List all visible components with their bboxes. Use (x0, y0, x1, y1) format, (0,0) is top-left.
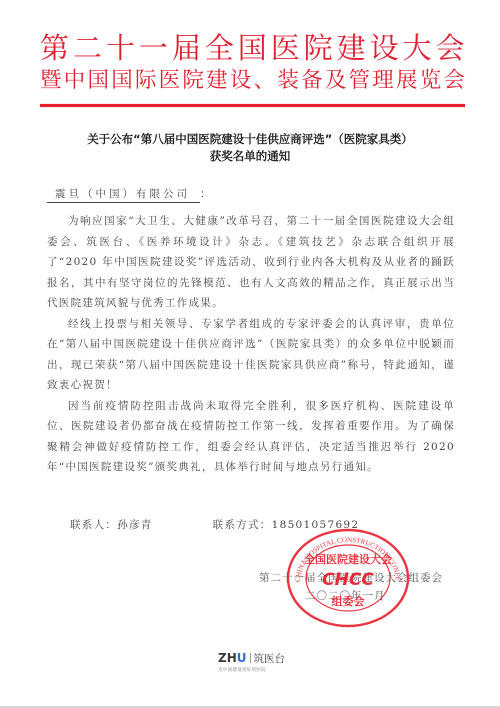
seal-inner-top: 全国医院建设大会 (304, 552, 392, 566)
paragraph-postponement: 因当前疫情防控阻击战尚未取得完全胜利，很多医疗机构、医院建设单位、医院建设者仍都… (47, 396, 455, 478)
official-seal-icon: CHINA HOSPITAL CONSTRUCTION CONFERENCE O… (286, 528, 410, 628)
notice-title-line2: 获奖名单的通知 (0, 148, 500, 165)
zhuyitai-logo: ZHU筑医台 为中国建设更好的医院 (218, 652, 288, 673)
addressee: 震旦（中国）有限公司： (47, 186, 211, 203)
letterhead-title: 第二十一届全国医院建设大会 (40, 30, 465, 66)
paragraph-award: 经线上投票与相关领导、专家学者组成的专家评委会的认真评审，贵单位在“第八届中国医… (47, 314, 455, 396)
addressee-company: 震旦（中国）有限公司 (47, 186, 200, 203)
logo-letter-h: H (227, 651, 237, 665)
contact-person-label: 联系人： (70, 519, 117, 531)
paragraph-intro: 为响应国家“大卫生、大健康”改革号召，第二十一届全国医院建设大会组委会、筑医台、… (47, 211, 455, 314)
letter-body: 为响应国家“大卫生、大健康”改革号召，第二十一届全国医院建设大会组委会、筑医台、… (47, 211, 455, 478)
logo-mark: ZHU筑医台 (218, 652, 288, 666)
logo-name: 筑医台 (254, 653, 286, 665)
addressee-colon: ： (200, 188, 211, 200)
contact-phone-label: 联系方式： (213, 519, 272, 531)
notice-title-line1: 关于公布“第八届中国医院建设十佳供应商评选”（医院家具类） (87, 132, 413, 146)
seal-inner-bottom: 组委会 (332, 594, 365, 608)
logo-separator (250, 653, 251, 663)
letterhead-subtitle: 暨中国国际医院建设、装备及管理展览会 (40, 68, 465, 94)
logo-letter-u: U (237, 651, 247, 665)
notice-title: 关于公布“第八届中国医院建设十佳供应商评选”（医院家具类） 获奖名单的通知 (0, 131, 500, 165)
logo-letter-z: Z (218, 651, 227, 665)
logo-tagline: 为中国建设更好的医院 (218, 667, 288, 673)
letterhead-divider (40, 104, 465, 107)
contact-person: 孙彦青 (117, 519, 152, 531)
seal-logo: CHCC (322, 570, 374, 590)
